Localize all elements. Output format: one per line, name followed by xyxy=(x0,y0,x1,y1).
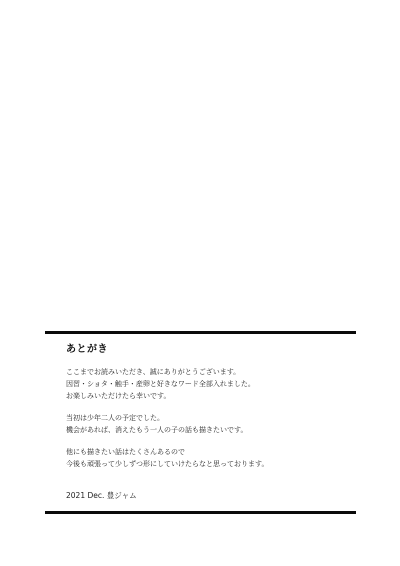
bottom-divider-rule xyxy=(45,511,356,514)
top-divider-rule xyxy=(45,331,356,334)
text-line: ここまでお読みいただき、誠にありがとうございます。 xyxy=(66,366,366,378)
manga-afterword-page: あとがき ここまでお読みいただき、誠にありがとうございます。 因習・ショタ・触手… xyxy=(0,0,400,566)
afterword-section: あとがき ここまでお読みいただき、誠にありがとうございます。 因習・ショタ・触手… xyxy=(66,343,366,502)
afterword-paragraph-1: ここまでお読みいただき、誠にありがとうございます。 因習・ショタ・触手・産卵と好… xyxy=(66,366,366,402)
afterword-paragraph-2: 当初は少年二人の予定でした。 機会があれば、消えたもう一人の子の話も描きたいです… xyxy=(66,412,366,436)
afterword-heading: あとがき xyxy=(66,343,366,356)
text-line: 機会があれば、消えたもう一人の子の話も描きたいです。 xyxy=(66,424,366,436)
text-line: 他にも描きたい話はたくさんあるので xyxy=(66,446,366,458)
text-line: 当初は少年二人の予定でした。 xyxy=(66,412,366,424)
text-line: お楽しみいただけたら幸いです。 xyxy=(66,390,366,402)
author-signature: 2021 Dec. 豊ジャム xyxy=(66,490,366,502)
text-line: 今後も頑張って少しずつ形にしていけたらなと思っております。 xyxy=(66,458,366,470)
text-line: 因習・ショタ・触手・産卵と好きなワード全部入れました。 xyxy=(66,378,366,390)
afterword-paragraph-3: 他にも描きたい話はたくさんあるので 今後も頑張って少しずつ形にしていけたらなと思… xyxy=(66,446,366,470)
